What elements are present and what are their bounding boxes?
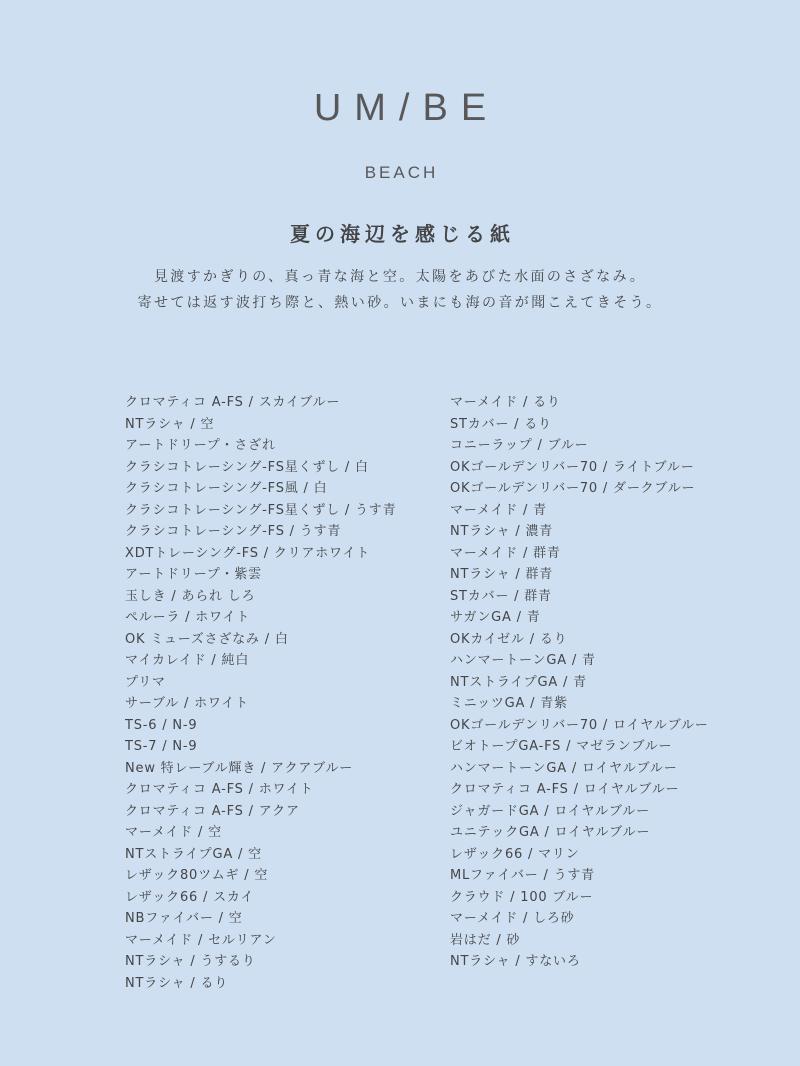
list-item: STカバー / るり [450, 414, 709, 436]
list-item: NTラシャ / るり [125, 973, 396, 995]
list-item: ハンマートーンGA / ロイヤルブルー [450, 758, 709, 780]
list-item: プリマ [125, 672, 396, 694]
list-item: クロマティコ A-FS / ホワイト [125, 779, 396, 801]
list-item: マーメイド / セルリアン [125, 930, 396, 952]
list-item: NTストライプGA / 青 [450, 672, 709, 694]
list-item: ビオトープGA-FS / マゼランブルー [450, 736, 709, 758]
list-item: ジャガードGA / ロイヤルブルー [450, 801, 709, 823]
list-item: OKカイゼル / るり [450, 629, 709, 651]
list-item: マイカレイド / 純白 [125, 650, 396, 672]
list-item: TS-7 / N-9 [125, 736, 396, 758]
list-item: クラシコトレーシング-FS風 / 白 [125, 478, 396, 500]
list-item: クラシコトレーシング-FS星くずし / 白 [125, 457, 396, 479]
list-item: マーメイド / 空 [125, 822, 396, 844]
list-item: クラウド / 100 ブルー [450, 887, 709, 909]
paper-list-right: マーメイド / るり STカバー / るり コニーラップ / ブルー OKゴール… [450, 392, 709, 973]
list-item: クロマティコ A-FS / ロイヤルブルー [450, 779, 709, 801]
list-item: MLファイバー / うす青 [450, 865, 709, 887]
list-item: XDTトレーシング-FS / クリアホワイト [125, 543, 396, 565]
list-item: レザック66 / マリン [450, 844, 709, 866]
list-item: 岩はだ / 砂 [450, 930, 709, 952]
list-item: マーメイド / しろ砂 [450, 908, 709, 930]
list-item: NTラシャ / すないろ [450, 951, 709, 973]
list-item: STカバー / 群青 [450, 586, 709, 608]
collection-subtitle: BEACH [0, 163, 800, 183]
list-item: レザック66 / スカイ [125, 887, 396, 909]
list-item: マーメイド / るり [450, 392, 709, 414]
list-item: クラシコトレーシング-FS星くずし / うす青 [125, 500, 396, 522]
list-item: ミニッツGA / 青紫 [450, 693, 709, 715]
list-item: ハンマートーンGA / 青 [450, 650, 709, 672]
list-item: 玉しき / あられ しろ [125, 586, 396, 608]
list-item: アートドリープ・さざれ [125, 435, 396, 457]
list-item: NTラシャ / うするり [125, 951, 396, 973]
intro-line: 見渡すかぎりの、真っ青な海と空。太陽をあびた水面のさざなみ。 [0, 264, 800, 290]
list-item: ペルーラ / ホワイト [125, 607, 396, 629]
list-item: サガンGA / 青 [450, 607, 709, 629]
page-headline: 夏の海辺を感じる紙 [0, 220, 800, 248]
list-item: コニーラップ / ブルー [450, 435, 709, 457]
list-item: New 特レーブル輝き / アクアブルー [125, 758, 396, 780]
list-item: サーブル / ホワイト [125, 693, 396, 715]
list-item: クロマティコ A-FS / アクア [125, 801, 396, 823]
list-item: OKゴールデンリバー70 / ロイヤルブルー [450, 715, 709, 737]
list-item: NBファイバー / 空 [125, 908, 396, 930]
paper-list-left: クロマティコ A-FS / スカイブルー NTラシャ / 空 アートドリープ・さ… [125, 392, 396, 994]
list-item: クラシコトレーシング-FS / うす青 [125, 521, 396, 543]
list-item: クロマティコ A-FS / スカイブルー [125, 392, 396, 414]
intro-line: 寄せては返す波打ち際と、熱い砂。いまにも海の音が聞こえてきそう。 [0, 290, 800, 316]
list-item: OK ミューズさざなみ / 白 [125, 629, 396, 651]
list-item: ユニテックGA / ロイヤルブルー [450, 822, 709, 844]
list-item: OKゴールデンリバー70 / ダークブルー [450, 478, 709, 500]
list-item: NTラシャ / 濃青 [450, 521, 709, 543]
brand-logo: UM/BE [0, 86, 800, 130]
list-item: NTラシャ / 群青 [450, 564, 709, 586]
list-item: レザック80ツムギ / 空 [125, 865, 396, 887]
list-item: TS-6 / N-9 [125, 715, 396, 737]
list-item: NTストライプGA / 空 [125, 844, 396, 866]
list-item: OKゴールデンリバー70 / ライトブルー [450, 457, 709, 479]
list-item: マーメイド / 群青 [450, 543, 709, 565]
list-item: NTラシャ / 空 [125, 414, 396, 436]
intro-text: 見渡すかぎりの、真っ青な海と空。太陽をあびた水面のさざなみ。 寄せては返す波打ち… [0, 264, 800, 316]
list-item: アートドリープ・紫雲 [125, 564, 396, 586]
list-item: マーメイド / 青 [450, 500, 709, 522]
